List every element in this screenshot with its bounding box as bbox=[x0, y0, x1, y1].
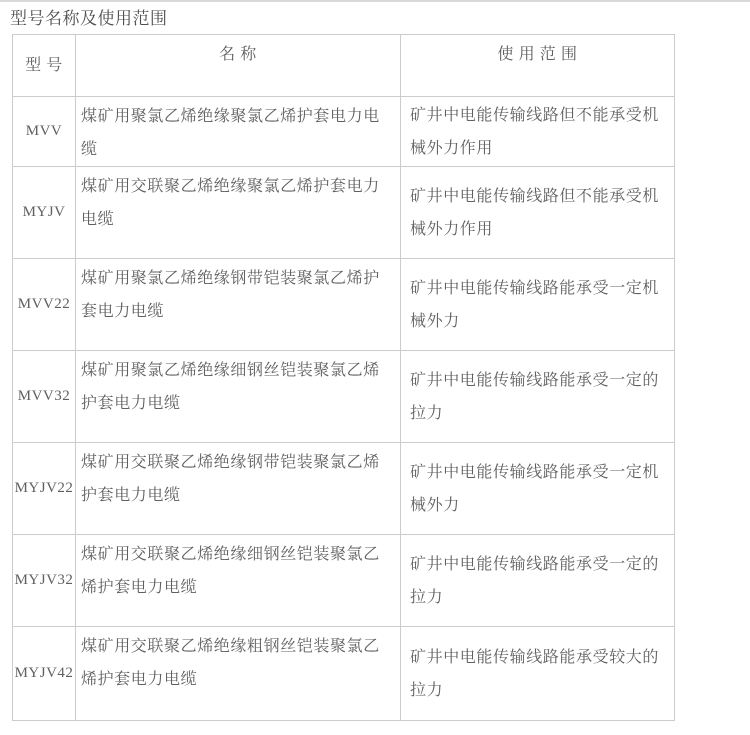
name-cell: 煤矿用聚氯乙烯绝缘钢带铠装聚氯乙烯护套电力电缆 bbox=[76, 259, 401, 351]
table-row: MYJV 煤矿用交联聚乙烯绝缘聚氯乙烯护套电力电缆 矿井中电能传输线路但不能承受… bbox=[13, 167, 675, 259]
header-cell-model: 型 号 bbox=[13, 35, 76, 97]
header-cell-name: 名 称 bbox=[76, 35, 401, 97]
name-cell: 煤矿用聚氯乙烯绝缘聚氯乙烯护套电力电缆 bbox=[76, 97, 401, 167]
table-row: MYJV42 煤矿用交联聚乙烯绝缘粗钢丝铠装聚氯乙烯护套电力电缆 矿井中电能传输… bbox=[13, 627, 675, 721]
top-edge-divider bbox=[0, 0, 750, 2]
usage-cell: 矿井中电能传输线路能承受较大的拉力 bbox=[401, 627, 675, 721]
name-cell: 煤矿用交联聚乙烯绝缘细钢丝铠装聚氯乙烯护套电力电缆 bbox=[76, 535, 401, 627]
table-row: MVV 煤矿用聚氯乙烯绝缘聚氯乙烯护套电力电缆 矿井中电能传输线路但不能承受机械… bbox=[13, 97, 675, 167]
spec-table: 型 号 名 称 使 用 范 围 MVV 煤矿用聚氯乙烯绝缘聚氯乙烯护套电力电缆 … bbox=[12, 34, 675, 721]
usage-cell: 矿井中电能传输线路但不能承受机械外力作用 bbox=[401, 167, 675, 259]
model-cell: MYJV22 bbox=[13, 443, 76, 535]
usage-cell: 矿井中电能传输线路能承受一定的拉力 bbox=[401, 351, 675, 443]
page: 型号名称及使用范围 型 号 名 称 使 用 范 围 MVV 煤矿用聚氯乙烯绝缘聚… bbox=[0, 0, 750, 735]
model-cell: MYJV42 bbox=[13, 627, 76, 721]
name-cell: 煤矿用交联聚乙烯绝缘钢带铠装聚氯乙烯护套电力电缆 bbox=[76, 443, 401, 535]
page-title: 型号名称及使用范围 bbox=[10, 9, 750, 28]
table-row: MVV32 煤矿用聚氯乙烯绝缘细钢丝铠装聚氯乙烯护套电力电缆 矿井中电能传输线路… bbox=[13, 351, 675, 443]
usage-cell: 矿井中电能传输线路能承受一定机械外力 bbox=[401, 443, 675, 535]
model-cell: MYJV32 bbox=[13, 535, 76, 627]
name-cell: 煤矿用交联聚乙烯绝缘聚氯乙烯护套电力电缆 bbox=[76, 167, 401, 259]
model-cell: MVV32 bbox=[13, 351, 76, 443]
header-row: 型 号 名 称 使 用 范 围 bbox=[13, 35, 675, 97]
table-row: MYJV22 煤矿用交联聚乙烯绝缘钢带铠装聚氯乙烯护套电力电缆 矿井中电能传输线… bbox=[13, 443, 675, 535]
model-cell: MYJV bbox=[13, 167, 76, 259]
table-row: MVV22 煤矿用聚氯乙烯绝缘钢带铠装聚氯乙烯护套电力电缆 矿井中电能传输线路能… bbox=[13, 259, 675, 351]
usage-cell: 矿井中电能传输线路能承受一定的拉力 bbox=[401, 535, 675, 627]
model-cell: MVV22 bbox=[13, 259, 76, 351]
model-cell: MVV bbox=[13, 97, 76, 167]
usage-cell: 矿井中电能传输线路但不能承受机械外力作用 bbox=[401, 97, 675, 167]
name-cell: 煤矿用聚氯乙烯绝缘细钢丝铠装聚氯乙烯护套电力电缆 bbox=[76, 351, 401, 443]
usage-cell: 矿井中电能传输线路能承受一定机械外力 bbox=[401, 259, 675, 351]
header-cell-usage: 使 用 范 围 bbox=[401, 35, 675, 97]
table-row: MYJV32 煤矿用交联聚乙烯绝缘细钢丝铠装聚氯乙烯护套电力电缆 矿井中电能传输… bbox=[13, 535, 675, 627]
name-cell: 煤矿用交联聚乙烯绝缘粗钢丝铠装聚氯乙烯护套电力电缆 bbox=[76, 627, 401, 721]
